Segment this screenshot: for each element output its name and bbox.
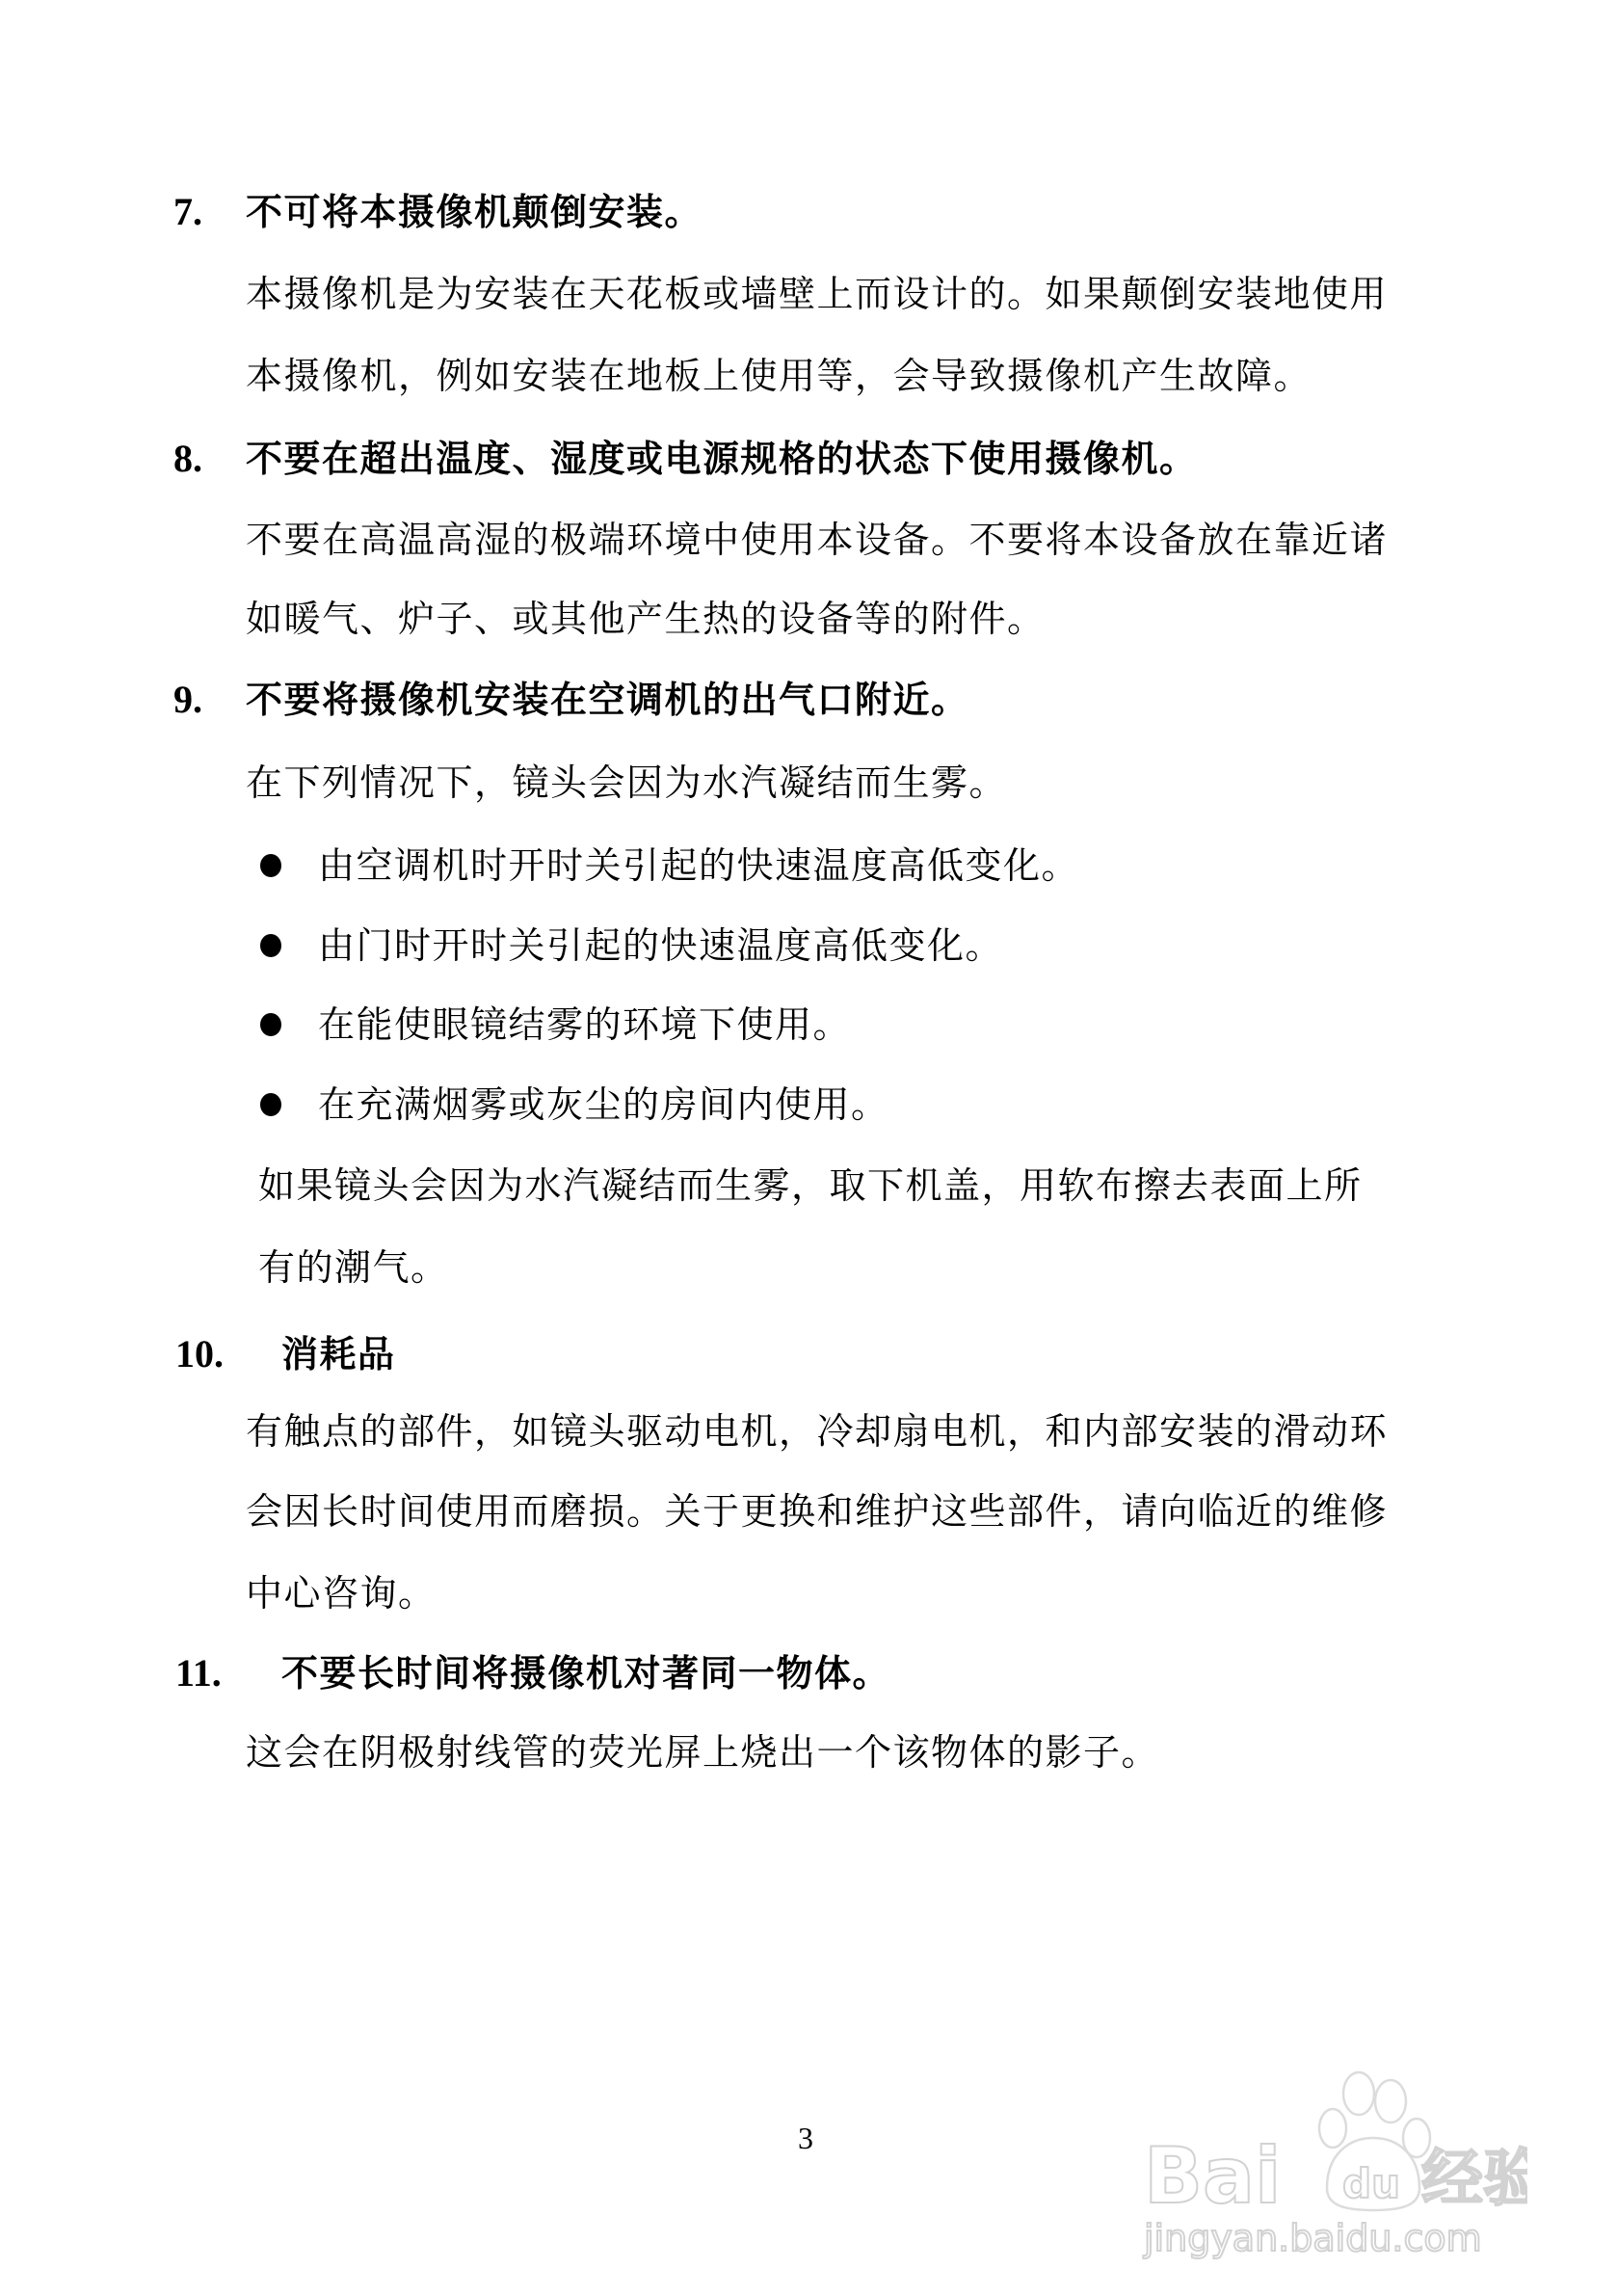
svg-text:经验: 经验 [1421,2144,1527,2215]
section-number: 8. [173,440,202,478]
document-page: 7. 不可将本摄像机颠倒安装。 本摄像机是为安装在天花板或墙壁上而设计的。如果颠… [0,0,1617,2296]
section-heading: 不要在超出温度、湿度或电源规格的状态下使用摄像机。 [246,440,1198,478]
bullet-icon [260,934,281,957]
svg-text:du: du [1342,2160,1400,2207]
body-line: 有触点的部件，如镜头驱动电机，冷却扇电机，和内部安装的滑动环 [246,1412,1388,1451]
body-line: 在下列情况下，镜头会因为水汽凝结而生雾。 [246,763,1007,802]
section-heading: 不要将摄像机安装在空调机的出气口附近。 [246,681,969,719]
body-line: 如果镜头会因为水汽凝结而生雾，取下机盖，用软布擦去表面上所 [258,1166,1363,1205]
section-heading: 不可将本摄像机颠倒安装。 [246,193,702,231]
section-number: 10. [175,1335,224,1374]
section-heading: 消耗品 [281,1335,396,1374]
body-line: 有的潮气。 [258,1248,449,1287]
svg-text:Bai: Bai [1144,2131,1281,2221]
page-number: 3 [798,2121,813,2155]
bullet-item: 由空调机时开时关引起的快速温度高低变化。 [318,846,1079,885]
bullet-icon [260,1093,281,1116]
body-line: 不要在高温高湿的极端环境中使用本设备。不要将本设备放在靠近诸 [246,521,1388,559]
section-number: 11. [175,1654,222,1693]
section-number: 7. [173,193,202,231]
body-line: 中心咨询。 [246,1574,437,1613]
section-heading: 不要长时间将摄像机对著同一物体。 [281,1654,890,1693]
svg-text:jingyan.baidu.com: jingyan.baidu.com [1143,2217,1482,2259]
bullet-item: 由门时开时关引起的快速温度高低变化。 [318,926,1003,965]
section-number: 9. [173,681,202,719]
baidu-jingyan-watermark: Bai du 经验 jingyan.baidu.com [1142,2053,1527,2260]
body-line: 会因长时间使用而磨损。关于更换和维护这些部件，请向临近的维修 [246,1492,1388,1531]
body-line: 本摄像机是为安装在天花板或墙壁上而设计的。如果颠倒安装地使用 [246,275,1388,313]
bullet-item: 在充满烟雾或灰尘的房间内使用。 [318,1085,889,1124]
body-line: 如暖气、炉子、或其他产生热的设备等的附件。 [246,600,1046,638]
baidu-paw-logo-icon: Bai du 经验 jingyan.baidu.com [1142,2053,1527,2260]
bullet-icon [260,854,281,877]
bullet-item: 在能使眼镜结雾的环境下使用。 [318,1005,851,1044]
body-line: 这会在阴极射线管的荧光屏上烧出一个该物体的影子。 [246,1733,1159,1772]
bullet-icon [260,1013,281,1036]
body-line: 本摄像机，例如安装在地板上使用等，会导致摄像机产生故障。 [246,357,1312,395]
